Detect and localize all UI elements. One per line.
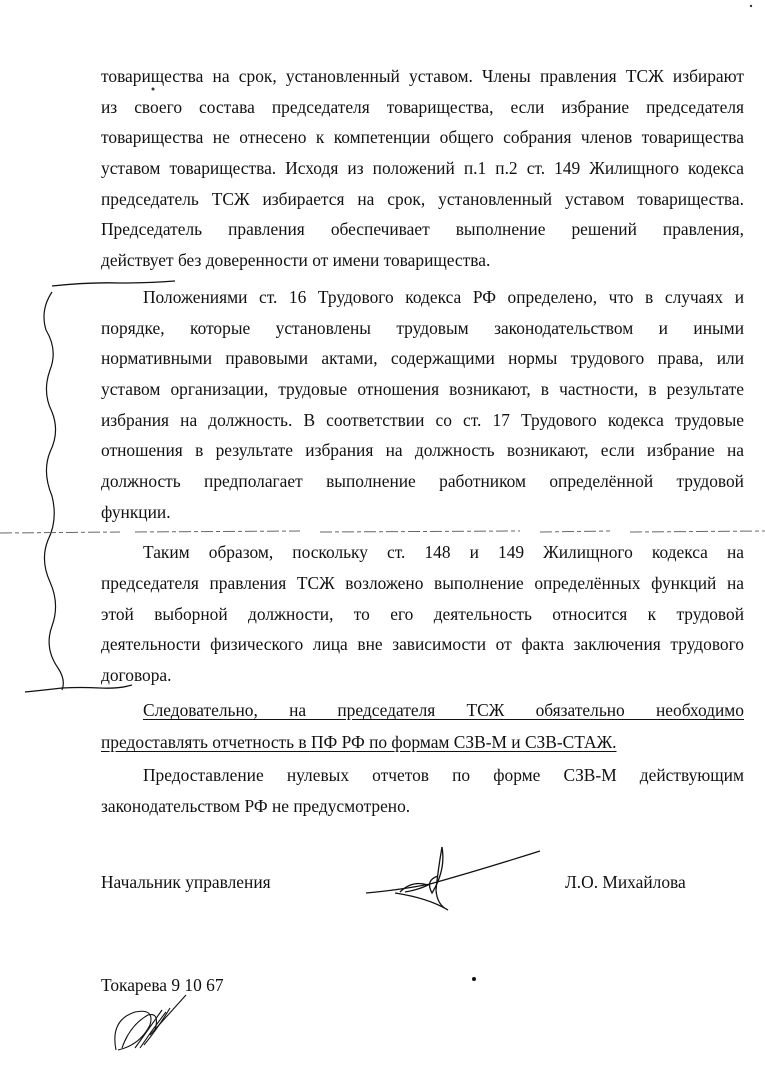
scan-speck (152, 88, 155, 91)
paragraph-line: уставом организации, трудовые отношения … (101, 379, 744, 399)
paragraph-line: из своего состава председателя товарищес… (101, 97, 744, 117)
contact-initials-signature-icon (115, 995, 186, 1050)
signatory-position: Начальник управления (101, 872, 271, 893)
paragraph-line: председателя правления ТСЖ возложено вып… (101, 573, 744, 593)
paragraph-line: товарищества на срок, установленный уста… (101, 66, 744, 86)
paragraph-line: Положениями ст. 16 Трудового кодекса РФ … (143, 287, 744, 307)
paragraph-line: этой выборной должности, то его деятельн… (101, 604, 744, 624)
margin-bracket-bottom-line (25, 685, 132, 692)
paragraph-line: порядке, которые установлены трудовым за… (101, 318, 744, 338)
paragraph-line: действует без доверенности от имени това… (101, 250, 744, 270)
signatory-name: Л.О. Михайлова (565, 872, 686, 893)
paragraph-line: Таким образом, поскольку ст. 148 и 149 Ж… (143, 542, 744, 562)
paragraph-line: Председатель правления обеспечивает выпо… (101, 219, 744, 239)
paragraph-line: Предоставление нулевых отчетов по форме … (143, 765, 744, 785)
paragraph-line: отношения в результате избрания на должн… (101, 440, 744, 460)
paragraph-line: председатель ТСЖ избирается на срок, уст… (101, 189, 744, 209)
scan-speck (472, 977, 476, 981)
paragraph-line: договора. (101, 665, 744, 685)
contact-info: Токарева 9 10 67 (101, 975, 224, 996)
paragraph-line: избрания на должность. В соответствии со… (101, 410, 744, 430)
scan-speck (750, 5, 752, 7)
paragraph-line: нормативными правовыми актами, содержащи… (101, 348, 744, 368)
paragraph-line: уставом товарищества. Исходя из положени… (101, 158, 744, 178)
fold-line (0, 531, 765, 533)
paragraph-line: должность предполагает выполнение работн… (101, 471, 744, 491)
paragraph-line: предоставлять отчетность в ПФ РФ по форм… (101, 732, 744, 752)
margin-bracket-top-line (52, 281, 175, 286)
paragraph-line: Следовательно, на председателя ТСЖ обяза… (143, 700, 744, 720)
paragraph-line: законодательством РФ не предусмотрено. (101, 796, 744, 816)
paragraph-line: товарищества не отнесено к компетенции о… (101, 127, 744, 147)
paragraph-line: функции. (101, 502, 744, 522)
paragraph-line: деятельности физического лица вне зависи… (101, 634, 744, 654)
document-page: товарищества на срок, установленный уста… (0, 0, 765, 1080)
margin-wavy-bracket-icon (44, 292, 63, 690)
manager-signature-icon (366, 847, 540, 910)
